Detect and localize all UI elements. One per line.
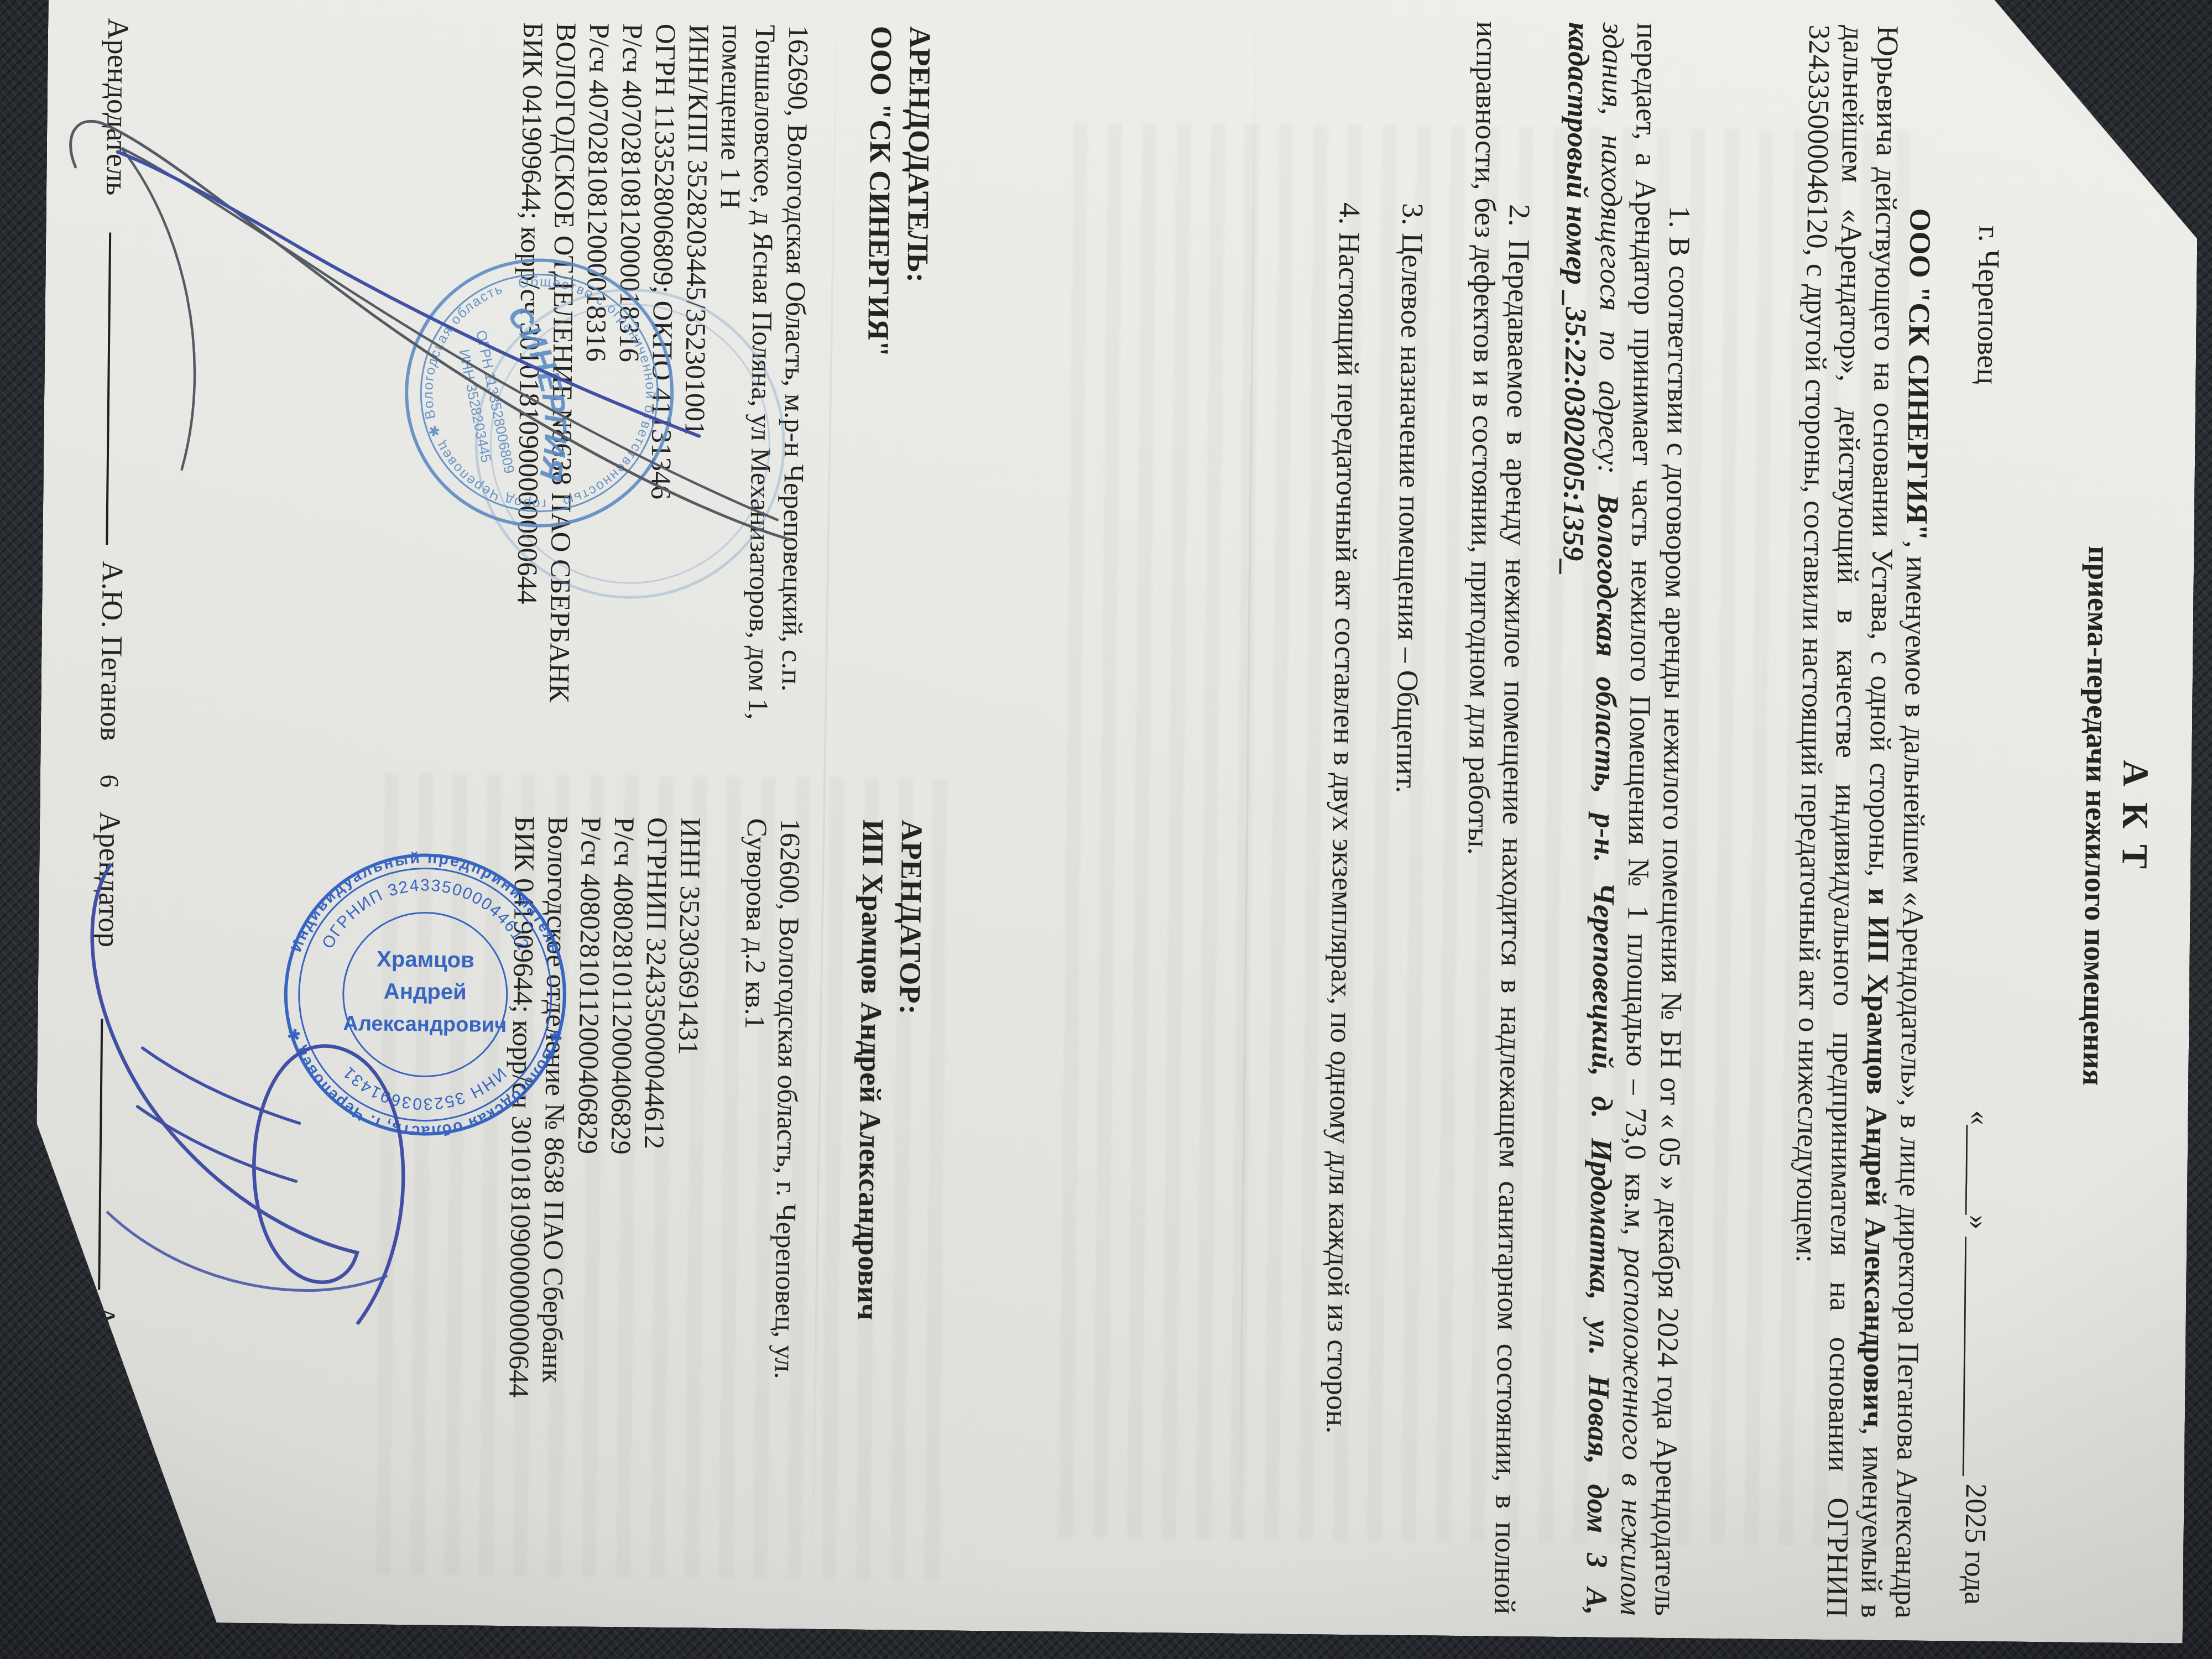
signature-stroke — [137, 1048, 300, 1181]
signature-stroke — [107, 1213, 387, 1292]
stamp-ring-text-bottom: ✱ Вологодская область, г. Череповец ✱ — [283, 1025, 565, 1141]
stamp-center-name-line1: Храмцов — [377, 947, 474, 973]
stamp-center-company-text: «СИНЕРГИЯ» — [432, 0, 2200, 490]
signature-stroke-blue — [114, 152, 702, 436]
stamp-ring-text-bottom-path: ✱ Вологодская область, г. Череповец ✱ — [283, 1025, 565, 1141]
stamps-and-signatures-overlay: Общество с ограниченной ответственностью… — [32, 0, 2200, 1644]
synergy-stamp: Общество с ограниченной ответственностью… — [325, 0, 2200, 549]
photo-dark-fabric-background: А К Т приема-передачи нежилого помещения… — [0, 0, 2212, 1659]
stamp-center-company-text-path: «СИНЕРГИЯ» — [432, 0, 2200, 490]
stamp-center-name-line3: Александрович — [343, 1012, 507, 1037]
signature-stroke — [66, 121, 794, 539]
signature-stroke — [88, 865, 406, 1323]
landlord-handwritten-signature — [66, 121, 794, 539]
tenant-handwritten-signature — [88, 865, 406, 1323]
document-page: А К Т приема-передачи нежилого помещения… — [32, 0, 2200, 1644]
hramtsov-stamp: Индивидуальный предприниматель ✱ Вологод… — [283, 848, 567, 1142]
stamp-center-name-line2: Андрей — [384, 979, 467, 1005]
